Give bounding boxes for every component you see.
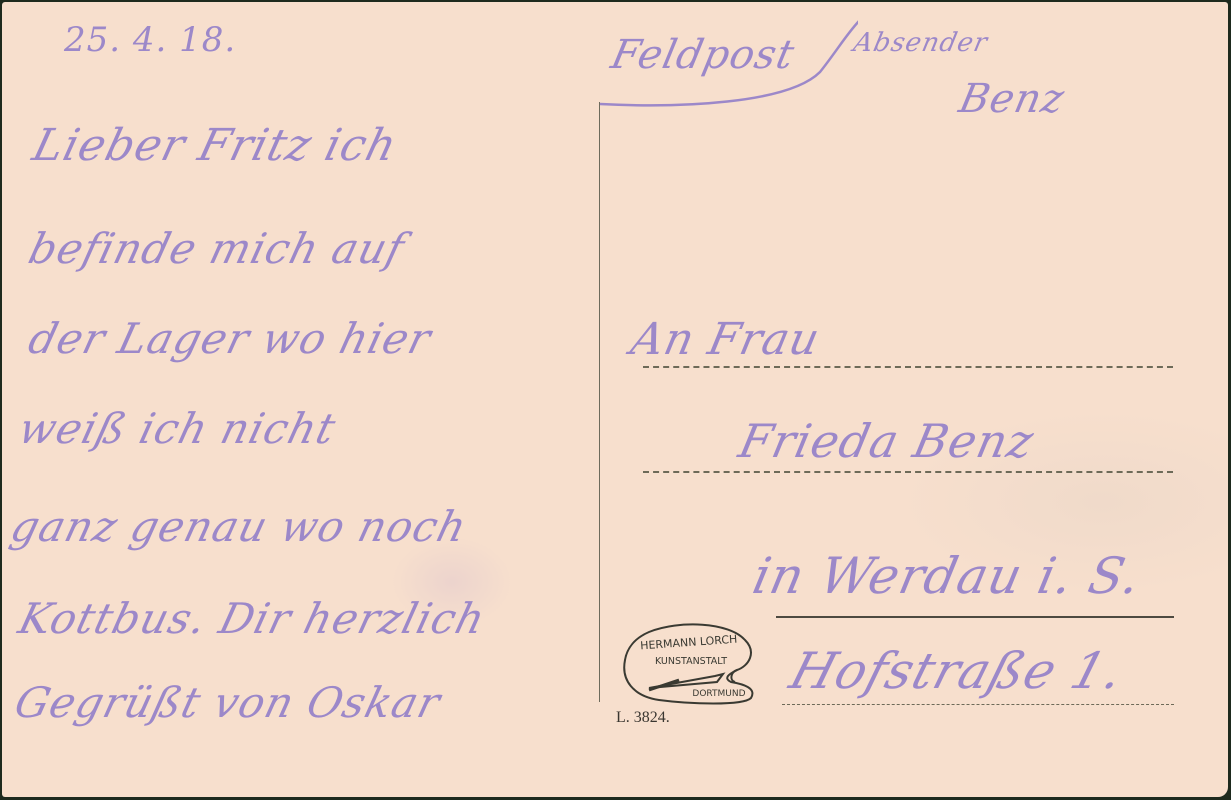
address-rule-2 <box>643 471 1173 473</box>
message-line-1: Lieber Fritz ich <box>28 120 403 171</box>
publisher-subtitle: KUNSTANSTALT <box>655 656 727 667</box>
message-date: 25. 4. 18. <box>64 20 236 60</box>
message-line-7: Gegrüßt von Oskar <box>10 678 446 727</box>
publisher-palette-logo: HERMANN LORCH KUNSTANSTALT DORTMUND <box>619 620 761 706</box>
address-line-4: Hofstraße 1. <box>784 642 1131 700</box>
message-line-5: ganz genau wo noch <box>6 502 472 551</box>
address-rule-3 <box>776 616 1174 618</box>
center-divider-line <box>599 102 600 702</box>
sender-name: Benz <box>955 76 1069 122</box>
message-line-6: Kottbus. Dir herzlich <box>14 594 491 643</box>
publisher-city: DORTMUND <box>692 689 745 699</box>
sender-label: Absender <box>851 28 991 58</box>
feldpost-underline <box>598 12 858 112</box>
address-rule-1 <box>643 366 1173 368</box>
publisher-name: HERMANN LORCH <box>640 633 738 653</box>
postcard-back: 25. 4. 18. Lieber Fritz ich befinde mich… <box>2 2 1228 797</box>
address-line-3: in Werdau i. S. <box>748 547 1146 605</box>
message-line-3: der Lager wo hier <box>24 314 436 363</box>
address-line-1: An Frau <box>627 314 825 365</box>
catalog-number: L. 3824. <box>616 709 670 727</box>
message-line-2: befinde mich auf <box>24 224 410 273</box>
message-line-4: weiß ich nicht <box>14 404 341 453</box>
address-line-2: Frieda Benz <box>734 414 1039 468</box>
address-rule-4 <box>782 704 1174 705</box>
